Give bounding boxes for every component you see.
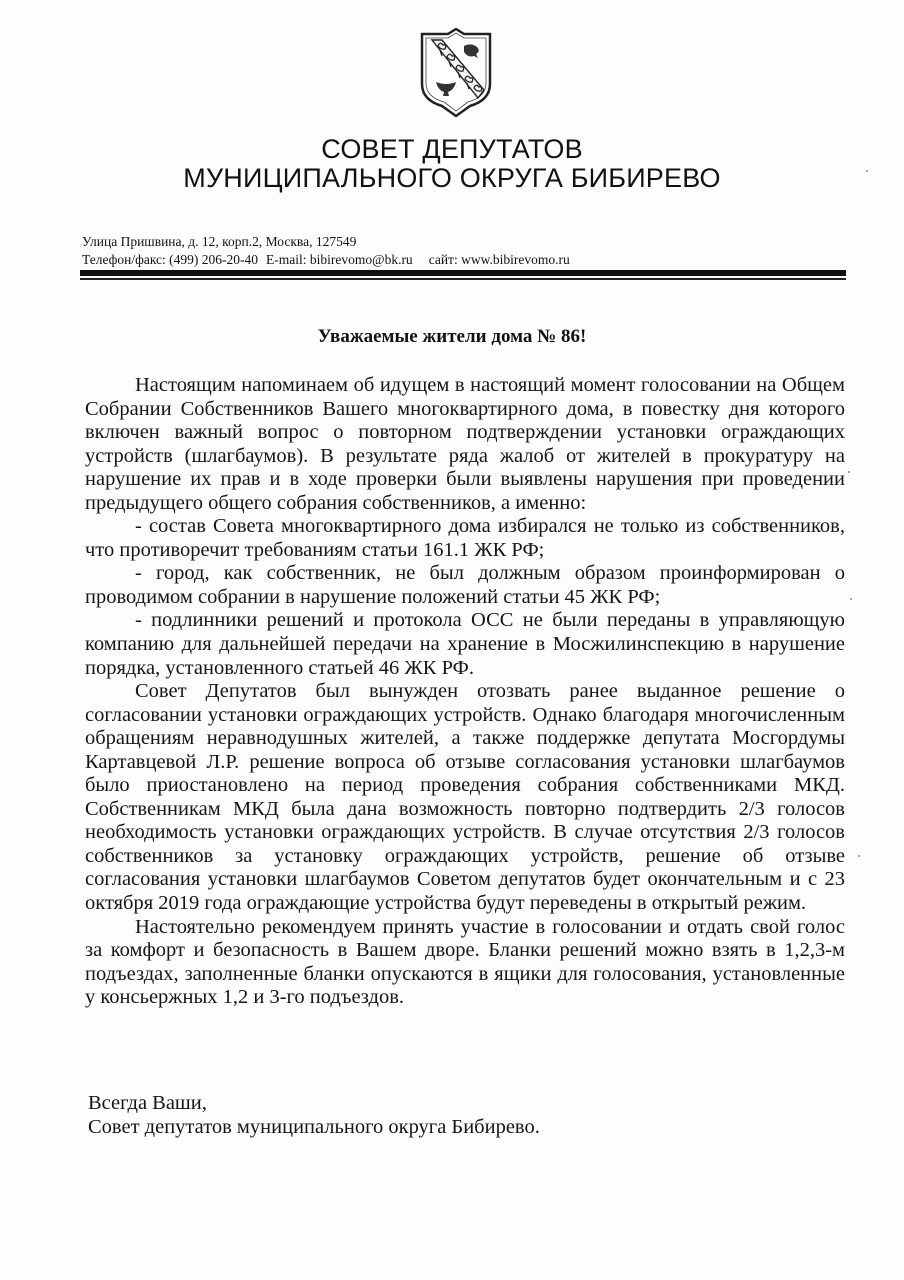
scan-speck xyxy=(858,855,860,857)
paragraph-council-decision: Совет Депутатов был вынужден отозвать ра… xyxy=(85,680,845,915)
header-divider-thin xyxy=(80,278,846,280)
letter-page: СОВЕТ ДЕПУТАТОВ МУНИЦИПАЛЬНОГО ОКРУГА БИ… xyxy=(0,0,904,1280)
paragraph-violation-3: - подлинники решений и протокола ОСС не … xyxy=(85,609,845,680)
paragraph-intro: Настоящим напоминаем об идущем в настоящ… xyxy=(85,374,845,515)
website: сайт: www.bibirevomo.ru xyxy=(429,252,570,267)
coat-of-arms-icon xyxy=(418,28,494,118)
scan-speck xyxy=(848,471,850,473)
paragraph-call-to-vote: Настоятельно рекомендуем принять участие… xyxy=(85,916,845,1010)
scan-speck xyxy=(850,598,852,600)
email: E-mail: bibirevomo@bk.ru xyxy=(266,252,413,267)
contact-block: Улица Пришвина, д. 12, корп.2, Москва, 1… xyxy=(82,233,570,269)
org-title-line2: МУНИЦИПАЛЬНОГО ОКРУГА БИБИРЕВО xyxy=(0,163,904,194)
address: Улица Пришвина, д. 12, корп.2, Москва, 1… xyxy=(82,233,570,251)
contact-line: Телефон/факс: (499) 206-20-40E-mail: bib… xyxy=(82,251,570,269)
paragraph-violation-1: - состав Совета многоквартирного дома из… xyxy=(85,515,845,562)
scan-speck xyxy=(866,170,868,172)
signature: Совет депутатов муниципального округа Би… xyxy=(88,1115,540,1139)
paragraph-violation-2: - город, как собственник, не был должным… xyxy=(85,562,845,609)
org-title-line1: СОВЕТ ДЕПУТАТОВ xyxy=(0,134,904,165)
closing: Всегда Ваши, xyxy=(88,1091,540,1115)
salutation: Уважаемые жители дома № 86! xyxy=(0,326,904,348)
phone: Телефон/факс: (499) 206-20-40 xyxy=(82,252,258,267)
signature-block: Всегда Ваши, Совет депутатов муниципальн… xyxy=(88,1091,540,1139)
header-divider-thick xyxy=(80,270,846,276)
letter-body: Настоящим напоминаем об идущем в настоящ… xyxy=(85,374,845,1010)
